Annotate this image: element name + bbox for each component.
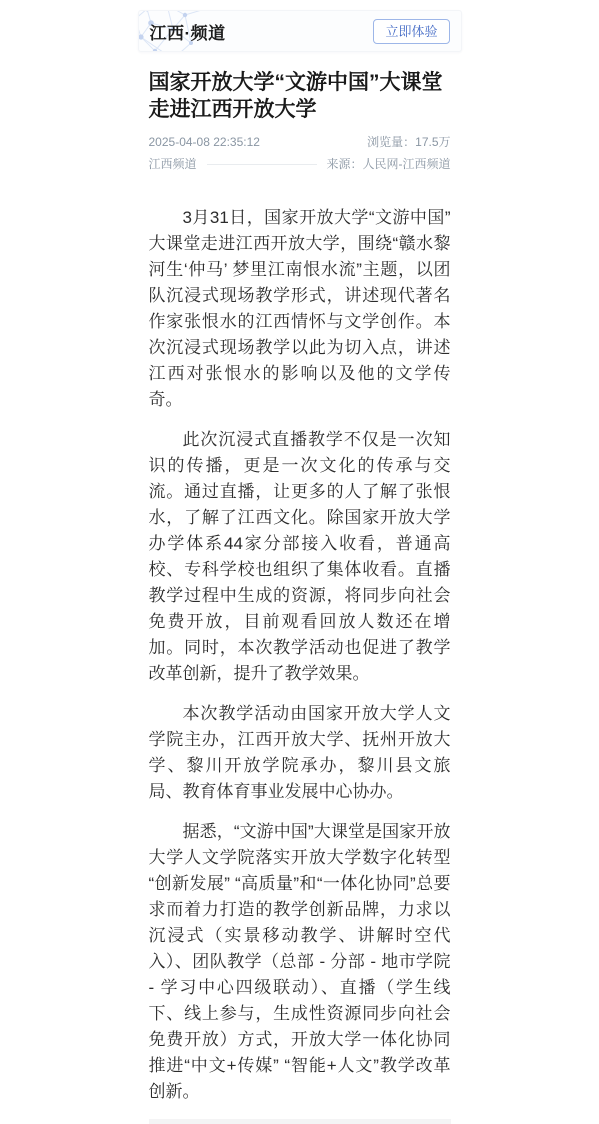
article-section: 国家开放大学“文游中国”大课堂走进江西开放大学 2025-04-08 22:35… [138, 69, 462, 1124]
channel-header: 江西·频道 立即体验 [138, 10, 462, 52]
channel-name: 江西频道 [149, 156, 197, 173]
article-title: 国家开放大学“文游中国”大课堂走进江西开放大学 [149, 69, 451, 123]
article-paragraph: 3月31日，国家开放大学“文游中国”大课堂走进江西开放大学，围绕“赣水黎河生‘仲… [149, 205, 451, 413]
experience-now-button[interactable]: 立即体验 [373, 19, 449, 44]
meta-divider [207, 164, 317, 165]
article-page: 江西·频道 立即体验 国家开放大学“文游中国”大课堂走进江西开放大学 2025-… [138, 0, 462, 1124]
article-body: 3月31日，国家开放大学“文游中国”大课堂走进江西开放大学，围绕“赣水黎河生‘仲… [149, 205, 451, 1105]
article-paragraph: 本次教学活动由国家开放大学人文学院主办，江西开放大学、抚州开放大学、黎川开放学院… [149, 701, 451, 805]
meta-row-time: 2025-04-08 22:35:12 浏览量：17.5万 [149, 134, 451, 151]
view-count: 浏览量：17.5万 [367, 134, 450, 151]
publish-time: 2025-04-08 22:35:12 [149, 134, 260, 151]
article-source: 来源：人民网-江西频道 [327, 156, 451, 173]
meta-row-source: 江西频道 来源：人民网-江西频道 [149, 156, 451, 173]
channel-title: 江西·频道 [150, 19, 226, 44]
section-divider [149, 1119, 451, 1124]
article-paragraph: 此次沉浸式直播教学不仅是一次知识的传播，更是一次文化的传承与交流。通过直播，让更… [149, 427, 451, 687]
article-paragraph: 据悉，“文游中国”大课堂是国家开放大学人文学院落实开放大学数字化转型“创新发展”… [149, 819, 451, 1105]
